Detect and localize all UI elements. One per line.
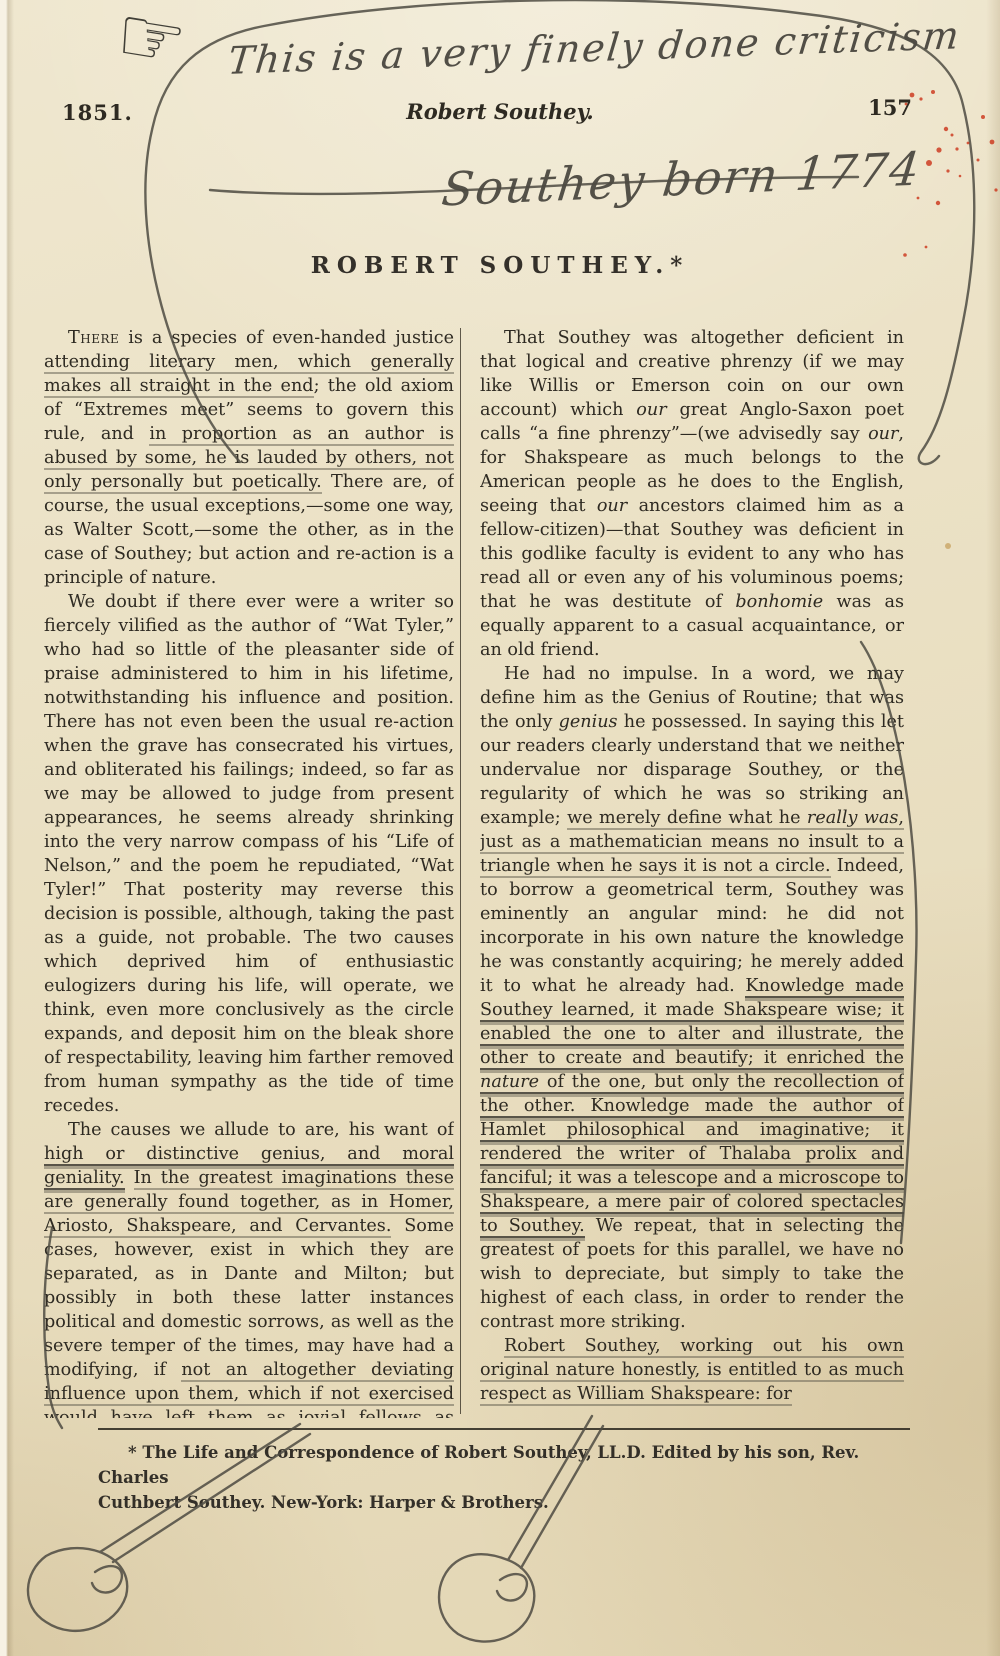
header-page-number: 157 (868, 95, 912, 120)
footnote: * The Life and Correspondence of Robert … (98, 1440, 914, 1515)
paragraph: The causes we allude to are, his want of… (44, 1118, 454, 1418)
paragraph: We doubt if there ever were a writer so … (44, 590, 454, 1118)
scanned-page: This is a very finely done criticism 185… (0, 0, 1000, 1656)
paragraph: There is a species of even-handed justic… (44, 326, 454, 590)
article-title: ROBERT SOUTHEY.* (0, 252, 1000, 279)
footnote-line-2: Cuthbert Southey. New-York: Harper & Bro… (98, 1490, 914, 1515)
footnote-line-1: * The Life and Correspondence of Robert … (98, 1440, 914, 1490)
handwritten-birth-note: Southey born 1774 (439, 141, 924, 216)
manicule-right-icon: ☞ (109, 0, 192, 89)
footnote-rule (98, 1428, 910, 1430)
column-divider (460, 328, 461, 1414)
foxing-fleck (945, 543, 951, 549)
column-left: There is a species of even-handed justic… (44, 326, 454, 1418)
header-running-title: Robert Southey. (0, 99, 1000, 124)
paragraph: Robert Southey, working out his own orig… (480, 1334, 904, 1406)
handwritten-top-note: This is a very finely done criticism (226, 13, 963, 83)
paragraph: That Southey was altogether deficient in… (480, 326, 904, 662)
column-right: That Southey was altogether deficient in… (480, 326, 904, 1418)
paragraph: He had no impulse. In a word, we may def… (480, 662, 904, 1334)
